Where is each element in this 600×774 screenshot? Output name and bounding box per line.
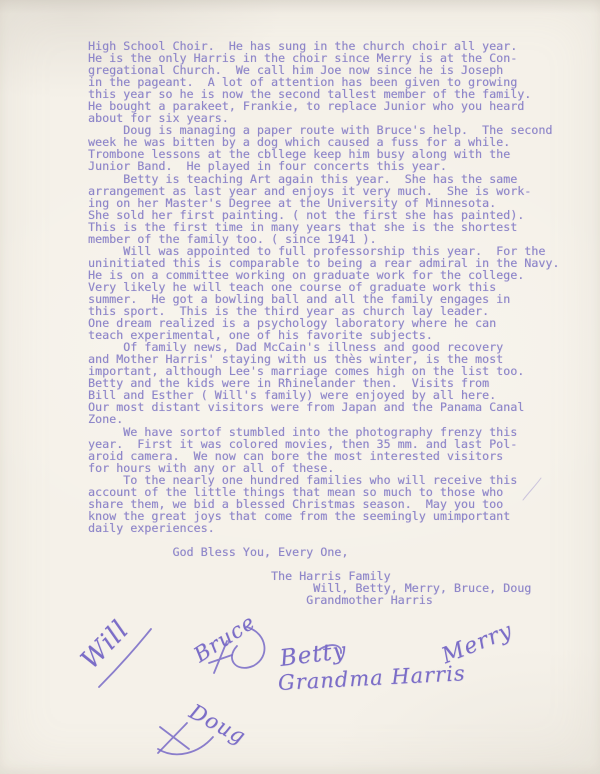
doug-x-mark: [158, 723, 189, 753]
signature-betty: Betty: [278, 638, 348, 672]
letter-line: God Bless You, Every One,: [88, 546, 588, 558]
signature-bruce: Bruce: [189, 610, 259, 667]
letter-line: daily experiences.: [88, 522, 588, 534]
letter-page: High School Choir. He has sung in the ch…: [0, 0, 600, 774]
letter-line: ing on her Master's Degree at the Univer…: [88, 197, 588, 209]
letter-line: Our most distant visitors were from Japa…: [88, 401, 588, 413]
letter-line: Grandmother Harris: [88, 594, 588, 606]
signature-doug: Doug: [185, 699, 250, 749]
letter-line: Betty is teaching Art again this year. S…: [88, 173, 588, 185]
letter-line: arrangement as last year and enjoys it v…: [88, 185, 588, 197]
signature-will: Will: [75, 615, 135, 676]
doug-swoosh-stroke: [158, 737, 213, 754]
letter-line: She sold her first painting. ( not the f…: [88, 209, 588, 221]
letter-line: This is the first time in many years tha…: [88, 221, 588, 233]
letter-line: aroid camera. We now can bore the most i…: [88, 450, 588, 462]
letter-text: High School Choir. He has sung in the ch…: [88, 40, 588, 606]
letter-line: year. First it was colored movies, then …: [88, 438, 588, 450]
letter-line: account of the little things that mean s…: [88, 486, 588, 498]
letter-line: member of the family too. ( since 1941 )…: [88, 233, 588, 245]
letter-line: for hours with any or all of these.: [88, 462, 588, 474]
letter-line: Zone.: [88, 413, 588, 425]
letter-line: We have sortof stumbled into the photogr…: [88, 426, 588, 438]
letter-line: To the nearly one hundred families who w…: [88, 474, 588, 486]
letter-line: Junior Band. He played in four concerts …: [88, 160, 588, 172]
